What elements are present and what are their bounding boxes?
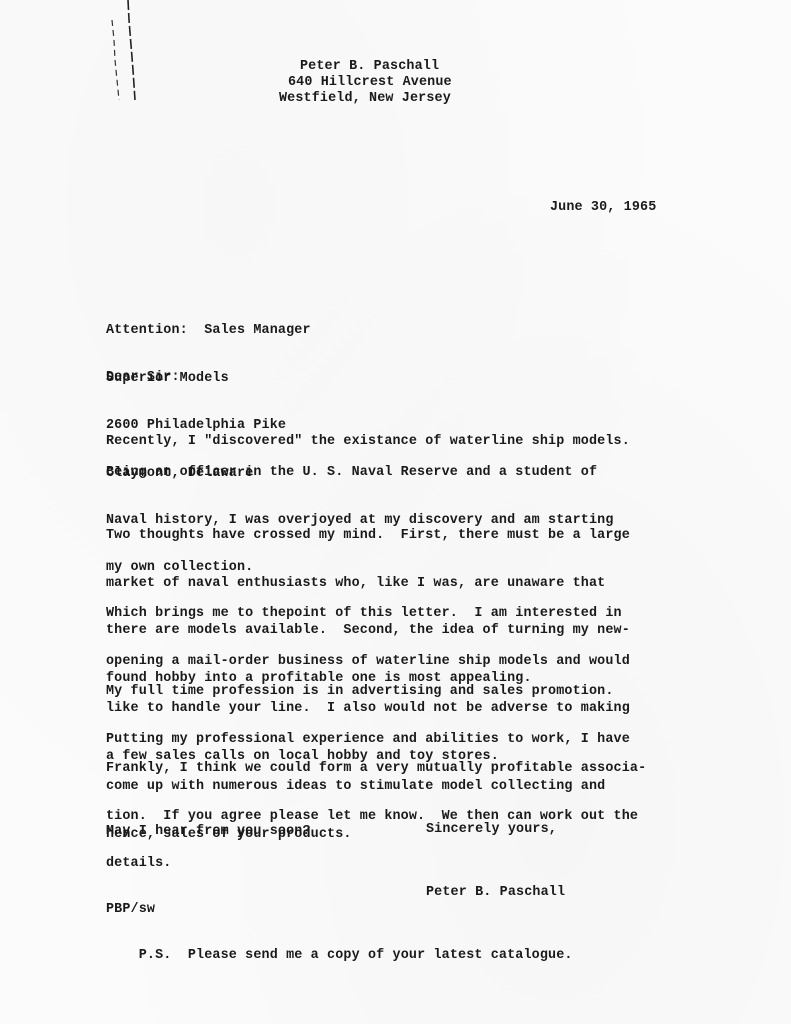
paragraph-line: May I hear from you soon? bbox=[106, 824, 311, 840]
letter-page: Peter B. Paschall 640 Hillcrest Avenue W… bbox=[0, 0, 791, 1024]
postscript-text: Please send me a copy of your latest cat… bbox=[188, 948, 573, 963]
letter-date: June 30, 1965 bbox=[550, 200, 656, 216]
postscript: P.S. Please send me a copy of your lates… bbox=[106, 932, 573, 980]
letterhead-name: Peter B. Paschall bbox=[300, 59, 439, 75]
postscript-label: P.S. bbox=[139, 948, 172, 963]
recipient-attention: Attention: Sales Manager bbox=[106, 323, 311, 339]
letterhead-city: Westfield, New Jersey bbox=[279, 91, 451, 107]
margin-pencil-marks bbox=[100, 0, 150, 110]
signature-name: Peter B. Paschall bbox=[426, 885, 565, 901]
salutation: Dear Sir: bbox=[106, 370, 180, 386]
paragraph-line: Two thoughts have crossed my mind. First… bbox=[106, 528, 630, 544]
paragraph-line: Which brings me to thepoint of this lett… bbox=[106, 606, 630, 622]
closing: Sincerely yours, bbox=[426, 822, 557, 838]
paragraph-7: May I hear from you soon? bbox=[106, 792, 311, 872]
paragraph-line: Being an officer in the U. S. Naval Rese… bbox=[106, 465, 614, 481]
paragraph-line: Frankly, I think we could form a very mu… bbox=[106, 761, 646, 777]
paragraph-line: My full time profession is in advertisin… bbox=[106, 684, 630, 700]
typist-initials: PBP/sw bbox=[106, 902, 155, 918]
letterhead-street: 640 Hillcrest Avenue bbox=[288, 75, 452, 91]
